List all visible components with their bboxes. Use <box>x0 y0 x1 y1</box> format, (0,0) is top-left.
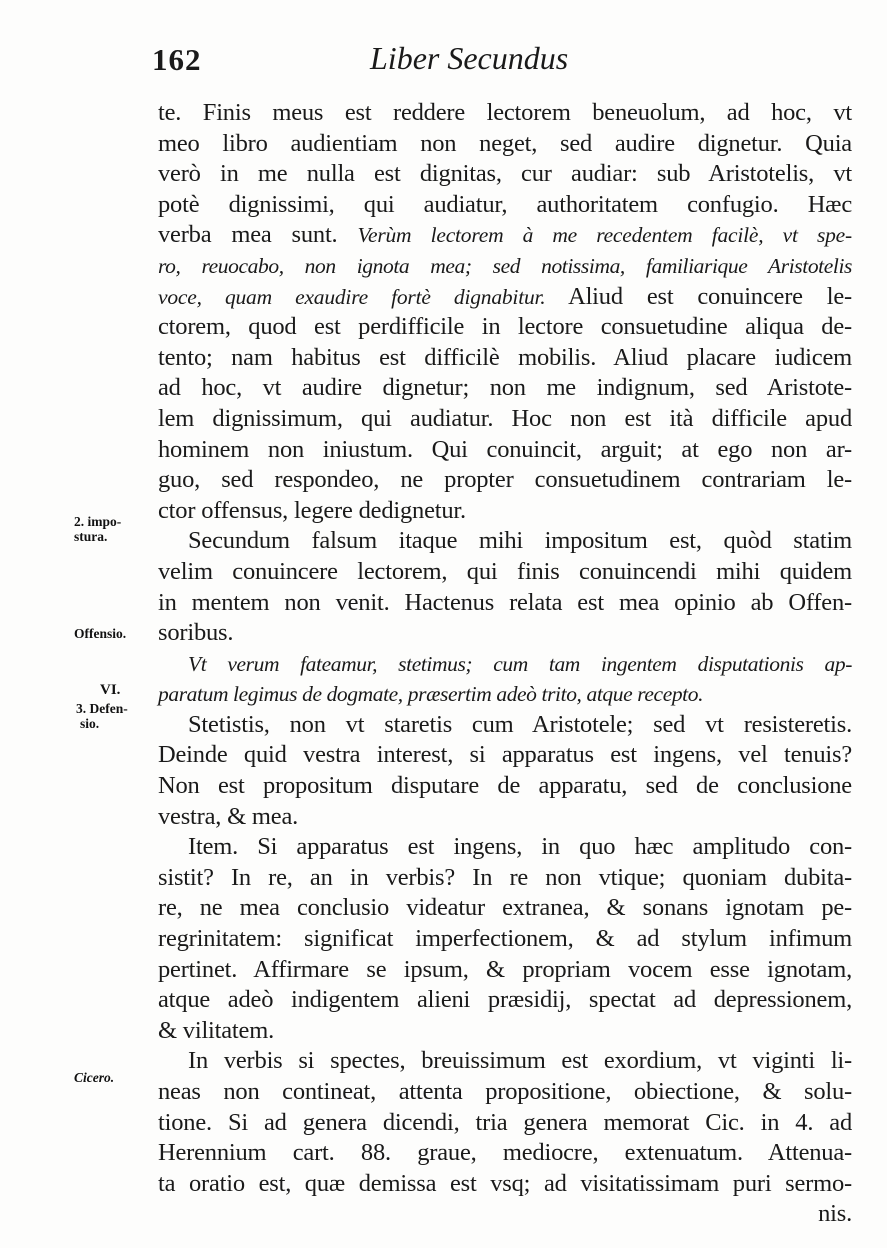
text-line: ad hoc, vt audire dignetur; non me indig… <box>158 373 852 404</box>
quotation-line: paratum legimus de dogmate, præsertim ad… <box>158 679 852 710</box>
text-line: Non est propositum disputare de apparatu… <box>158 771 852 802</box>
text-line-mixed: verba mea sunt. Verùm lectorem à me rece… <box>158 220 852 251</box>
text-line: re, ne mea conclusio videatur extranea, … <box>158 893 852 924</box>
page-number: 162 <box>152 42 202 78</box>
book-page: 162 Liber Secundus te. Finis meus est re… <box>0 0 887 1248</box>
margin-note-section-number: VI. <box>100 683 120 698</box>
text-line: regrinitatem: significat imperfectionem,… <box>158 924 852 955</box>
text-line: Item. Si apparatus est ingens, in quo hæ… <box>158 832 852 863</box>
quotation-line: ro, reuocabo, non ignota mea; sed notiss… <box>158 251 852 282</box>
quotation-line: Vt verum fateamur, stetimus; cum tam ing… <box>158 649 852 680</box>
text-line: guo, sed respondeo, ne propter consuetud… <box>158 465 852 496</box>
text-line: Secundum falsum itaque mihi impositum es… <box>158 526 852 557</box>
text-line: potè dignissimi, qui audiatur, authorita… <box>158 190 852 221</box>
text-line: tento; nam habitus est difficilè mobilis… <box>158 343 852 374</box>
text-line: neas non contineat, attenta propositione… <box>158 1077 852 1108</box>
margin-note-impostura: 2. impo- stura. <box>74 514 121 544</box>
text-line: sistit? In re, an in verbis? In re non v… <box>158 863 852 894</box>
text-line: tione. Si ad genera dicendi, tria genera… <box>158 1108 852 1139</box>
text-line: Stetistis, non vt staretis cum Aristotel… <box>158 710 852 741</box>
margin-note-line: 3. Defen- <box>76 701 128 716</box>
text-line: hominem non iniustum. Qui conuincit, arg… <box>158 435 852 466</box>
body-text: te. Finis meus est reddere lectorem bene… <box>158 98 852 1230</box>
text-line: ctor offensus, legere dedignetur. <box>158 496 852 527</box>
margin-note-line: Cicero. <box>74 1070 114 1085</box>
text-line-roman: Aliud est conuincere le- <box>568 283 852 310</box>
text-line-roman: verba mea sunt. <box>158 221 337 248</box>
text-line: te. Finis meus est reddere lectorem bene… <box>158 98 852 129</box>
text-line: atque adeò indigentem alieni præsidij, s… <box>158 985 852 1016</box>
text-line: lem dignissimum, qui audiatur. Hoc non e… <box>158 404 852 435</box>
margin-note-line: stura. <box>74 529 121 544</box>
text-line: meo libro audientiam non neget, sed audi… <box>158 129 852 160</box>
text-line: vestra, & mea. <box>158 802 852 833</box>
margin-note-defensio: 3. Defen- sio. <box>76 701 128 731</box>
quotation-italic: Verùm lectorem à me recedentem facilè, v… <box>357 223 852 247</box>
text-line: pertinet. Affirmare se ipsum, & propriam… <box>158 955 852 986</box>
text-line: Deinde quid vestra interest, si apparatu… <box>158 740 852 771</box>
text-line-mixed: voce, quam exaudire fortè dignabitur. Al… <box>158 282 852 313</box>
margin-note-offensio: Offensio. <box>74 626 126 641</box>
margin-note-line: sio. <box>76 716 128 731</box>
catchword: nis. <box>158 1199 852 1230</box>
text-line: velim conuincere lectorem, qui finis con… <box>158 557 852 588</box>
text-line: In verbis si spectes, breuissimum est ex… <box>158 1046 852 1077</box>
text-line: verò in me nulla est dignitas, cur audia… <box>158 159 852 190</box>
running-title: Liber Secundus <box>370 40 568 77</box>
text-line: in mentem non venit. Hactenus relata est… <box>158 588 852 619</box>
text-line: ta oratio est, quæ demissa est vsq; ad v… <box>158 1169 852 1200</box>
margin-note-line: VI. <box>100 683 120 698</box>
text-line: soribus. <box>158 618 852 649</box>
running-head: 162 Liber Secundus <box>152 42 852 82</box>
margin-note-cicero: Cicero. <box>74 1070 114 1085</box>
quotation-italic: voce, quam exaudire fortè dignabitur. <box>158 285 545 309</box>
margin-note-line: 2. impo- <box>74 514 121 529</box>
text-line: ctorem, quod est perdifficile in lectore… <box>158 312 852 343</box>
margin-note-line: Offensio. <box>74 626 126 641</box>
text-line: Herennium cart. 88. graue, mediocre, ext… <box>158 1138 852 1169</box>
text-line: & vilitatem. <box>158 1016 852 1047</box>
